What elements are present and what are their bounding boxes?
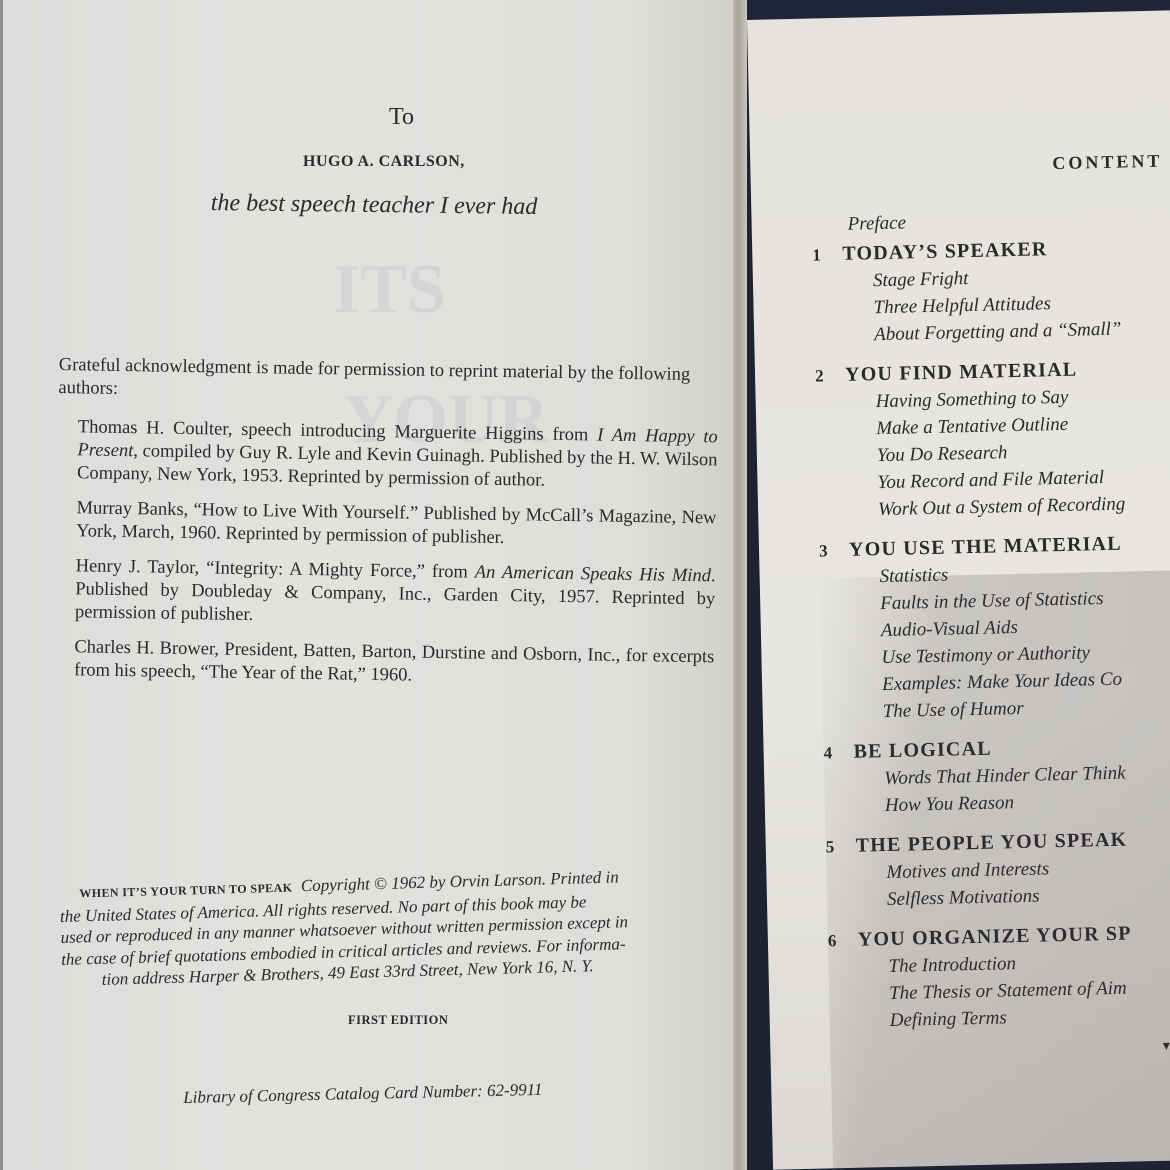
dedication-name: HUGO A. CARLSON, bbox=[303, 153, 465, 171]
toc-title: CONTENT bbox=[1052, 151, 1162, 174]
entry-title: An American Speaks His Mind bbox=[475, 563, 711, 587]
chapter-number: 4 bbox=[823, 739, 854, 768]
acknowledgment-entry: Thomas H. Coulter, speech introducing Ma… bbox=[57, 416, 718, 495]
acknowledgments-intro: Grateful acknowledgment is made for perm… bbox=[58, 354, 719, 410]
toc-chapter: 4BE LOGICAL Words That Hinder Clear Thin… bbox=[823, 729, 1170, 821]
chapter-number: 3 bbox=[819, 537, 850, 566]
entry-text: Henry J. Taylor, “Integrity: A Mighty Fo… bbox=[76, 556, 475, 582]
chapter-title: THE PEOPLE YOU SPEAK bbox=[856, 829, 1128, 857]
chapter-number: 5 bbox=[825, 833, 856, 862]
chapter-title: YOU USE THE MATERIAL bbox=[849, 533, 1122, 561]
acknowledgment-entry: Henry J. Taylor, “Integrity: A Mighty Fo… bbox=[55, 555, 716, 634]
chapter-number: 1 bbox=[812, 241, 843, 270]
chapter-number: 2 bbox=[815, 362, 846, 391]
entry-text: , compiled by Guy R. Lyle and Kevin Guin… bbox=[77, 441, 718, 490]
chapter-title: BE LOGICAL bbox=[853, 738, 992, 763]
acknowledgments: Grateful acknowledgment is made for perm… bbox=[54, 354, 719, 704]
entry-text: Charles H. Brower, President, Batten, Ba… bbox=[74, 637, 715, 685]
table-of-contents: Preface 1TODAY’S SPEAKER Stage Fright Th… bbox=[811, 205, 1170, 1047]
copyright-notice: WHEN IT’S YOUR TURN TO SPEAK Copyright ©… bbox=[59, 864, 722, 992]
acknowledgment-entry: Murray Banks, “How to Live With Yourself… bbox=[56, 497, 717, 553]
left-page: ITS YOUR To HUGO A. CARLSON, the best sp… bbox=[0, 0, 735, 1170]
book-title: WHEN IT’S YOUR TURN TO SPEAK bbox=[79, 880, 292, 900]
show-through-text: ITS bbox=[333, 250, 446, 330]
toc-chapter: 3YOU USE THE MATERIAL Statistics Faults … bbox=[819, 527, 1170, 726]
toc-chapter: 1TODAY’S SPEAKER Stage Fright Three Help… bbox=[812, 231, 1170, 350]
dedication-to: To bbox=[389, 104, 414, 131]
entry-text: Murray Banks, “How to Live With Yourself… bbox=[76, 498, 717, 548]
lccn: Library of Congress Catalog Card Number:… bbox=[183, 1080, 543, 1108]
right-page: CONTENT Preface 1TODAY’S SPEAKER Stage F… bbox=[747, 10, 1170, 1169]
acknowledgment-entry: Charles H. Brower, President, Batten, Ba… bbox=[54, 636, 715, 692]
toc-chapter: 6YOU ORGANIZE YOUR SP The Introduction T… bbox=[828, 917, 1170, 1036]
dedication-line: the best speech teacher I ever had bbox=[211, 190, 538, 221]
chapter-title: YOU FIND MATERIAL bbox=[845, 359, 1078, 386]
continued-arrow-icon: ▼ bbox=[1160, 1039, 1170, 1054]
chapter-number: 6 bbox=[828, 927, 859, 956]
book-gutter bbox=[733, 0, 747, 1170]
toc-chapter: 5THE PEOPLE YOU SPEAK Motives and Intere… bbox=[825, 823, 1170, 915]
chapter-title: TODAY’S SPEAKER bbox=[842, 238, 1048, 265]
chapter-title: YOU ORGANIZE YOUR SP bbox=[858, 923, 1132, 951]
edition-label: FIRST EDITION bbox=[348, 1013, 448, 1028]
toc-preface: Preface bbox=[847, 205, 1170, 236]
toc-chapter: 2YOU FIND MATERIAL Having Something to S… bbox=[815, 352, 1170, 524]
